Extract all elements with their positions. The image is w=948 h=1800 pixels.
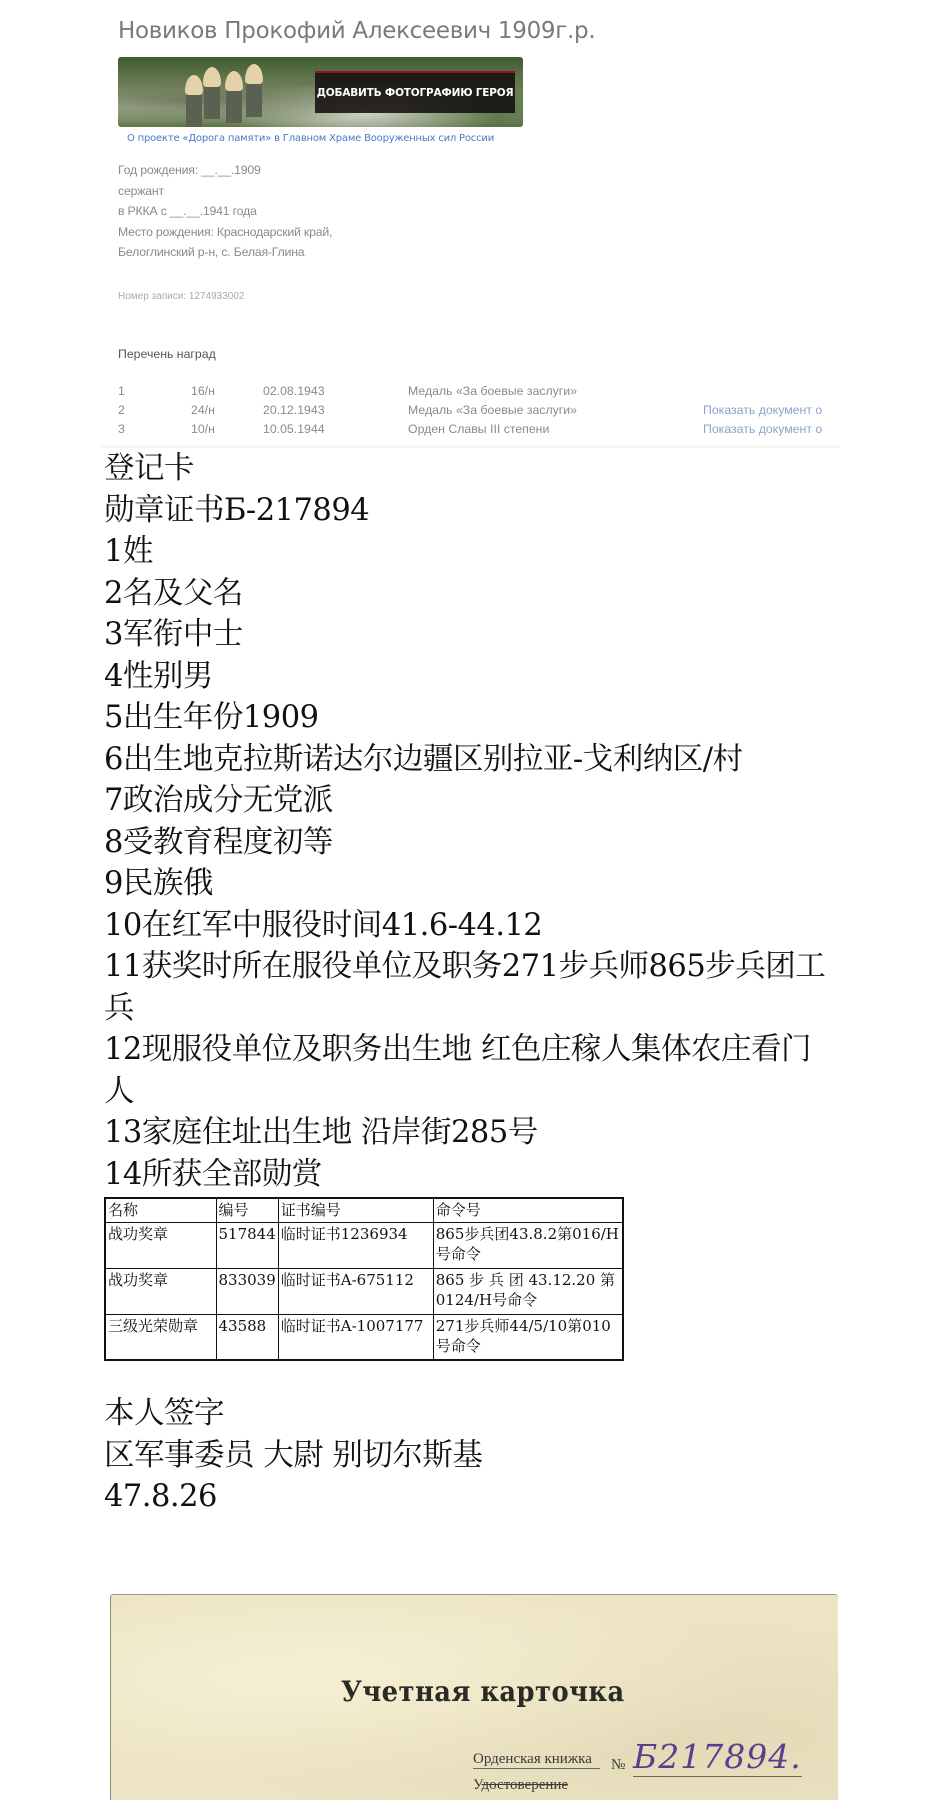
document-date: 47.8.26 [104,1476,844,1518]
rank: сержант [118,181,332,202]
doc-title: 登记卡 [104,448,844,490]
field-nationality: 9民族俄 [104,863,844,905]
add-hero-photo-button[interactable]: ДОБАВИТЬ ФОТОГРАФИЮ ГЕРОЯ [315,71,515,113]
awards-table: 名称 编号 证书编号 命令号 战功奖章 517844 临时证书1236934 8… [104,1197,624,1361]
handwritten-number: Б217894. [633,1737,802,1777]
card-title: Учетная карточка [341,1675,625,1708]
certificate-label: Удостоверение [473,1777,568,1794]
field-home-address: 13家庭住址出生地 沿岸街285号 [104,1112,844,1154]
field-all-awards: 14所获全部勋赏 [104,1154,844,1196]
record-webpage-screenshot: Новиков Прокофий Алексеевич 1909г.р. ДОБ… [100,0,840,448]
awards-list-heading: Перечень наград [118,347,216,361]
award-row: 2 24/н 20.12.1943 Медаль «За боевые засл… [118,403,840,422]
field-birth-year: 5出生年份1909 [104,697,844,739]
bio-info: Год рождения: __.__.1909 сержант в РККА … [118,160,332,263]
order-book-label: Орденская книжка [473,1751,600,1769]
project-info-link[interactable]: О проекте «Дорога памяти» в Главном Храм… [127,133,494,144]
award-row: 1 16/н 02.08.1943 Медаль «За боевые засл… [118,384,840,403]
show-document-link[interactable]: Показать документ о [703,422,822,436]
archival-card-scan: Учетная карточка Орденская книжка № Б217… [110,1594,838,1800]
field-unit-at-award: 11获奖时所在服役单位及职务271步兵师865步兵团工兵 [104,946,839,1029]
field-gender: 4性别男 [104,656,844,698]
medal-certificate-number: 勋章证书Б-217894 [104,490,844,532]
table-header-row: 名称 编号 证书编号 命令号 [105,1198,623,1222]
table-row: 战功奖章 833039 临时证书A-675112 865 步 兵 团 43.12… [105,1268,623,1314]
field-education: 8受教育程度初等 [104,822,844,864]
field-current-position: 12现服役单位及职务出生地 红色庄稼人集体农庄看门人 [104,1029,839,1112]
commissar-line: 区军事委员 大尉 别切尔斯基 [104,1435,844,1477]
service-start: в РККА с __.__.1941 года [118,201,332,222]
show-document-link[interactable]: Показать документ о [703,403,822,417]
number-sign: № [611,1757,625,1774]
road-of-memory-banner[interactable]: ДОБАВИТЬ ФОТОГРАФИЮ ГЕРОЯ [118,57,523,127]
signature-line: 本人签字 [104,1393,844,1435]
table-row: 三级光荣勋章 43588 临时证书A-1007177 271步兵师44/5/10… [105,1314,623,1360]
field-service-period: 10在红军中服役时间41.6-44.12 [104,905,844,947]
cathedral-image [178,61,288,127]
spacer [104,1361,844,1393]
hero-name-title: Новиков Прокофий Алексеевич 1909г.р. [118,18,595,44]
field-rank: 3军衔中士 [104,614,844,656]
record-number: Номер записи: 1274933002 [118,291,244,302]
translation-document: 登记卡 勋章证书Б-217894 1姓 2名及父名 3军衔中士 4性别男 5出生… [104,448,844,1518]
birthplace-line2: Белоглинский р-н, с. Белая-Глина [118,242,332,263]
field-name-patronymic: 2名及父名 [104,573,844,615]
field-party: 7政治成分无党派 [104,780,844,822]
table-row: 战功奖章 517844 临时证书1236934 865步兵团43.8.2第016… [105,1222,623,1268]
awards-list: 1 16/н 02.08.1943 Медаль «За боевые засл… [118,384,840,441]
birthplace-line1: Место рождения: Краснодарский край, [118,222,332,243]
field-surname: 1姓 [104,531,844,573]
field-birthplace: 6出生地克拉斯诺达尔边疆区别拉亚-戈利纳区/村 [104,739,839,781]
birth-year: Год рождения: __.__.1909 [118,160,332,181]
award-row: 3 10/н 10.05.1944 Орден Славы III степен… [118,422,840,441]
